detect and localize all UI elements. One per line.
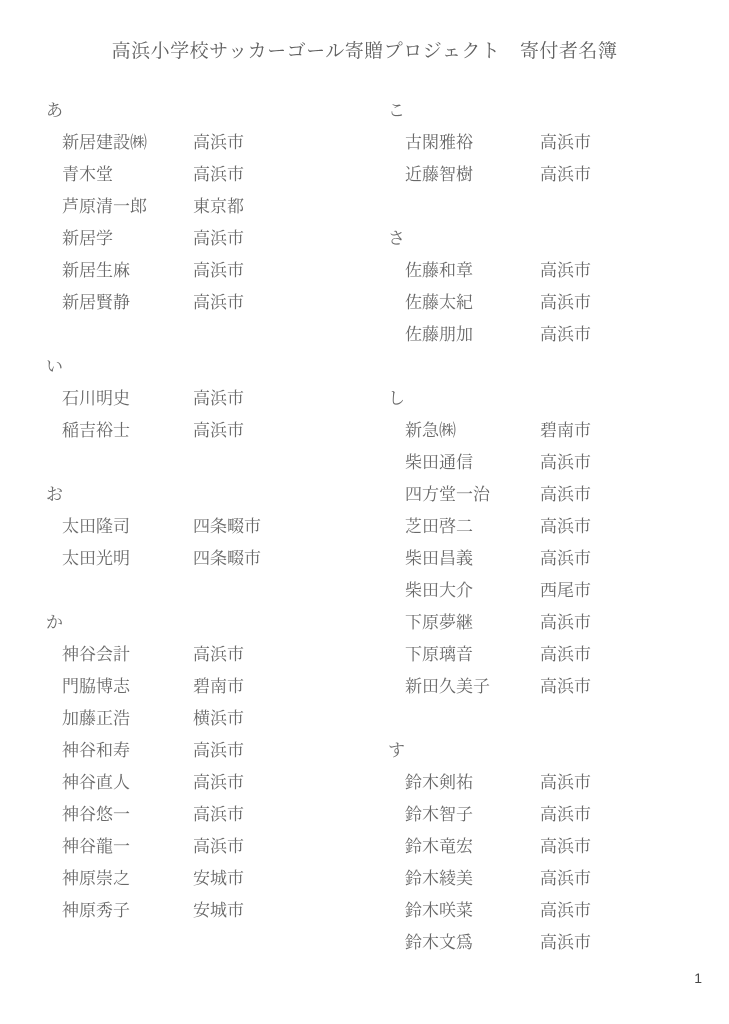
donor-city: 高浜市	[540, 607, 591, 639]
donor-city: 高浜市	[540, 159, 591, 191]
donor-row: 鈴木文爲高浜市	[388, 927, 718, 959]
donor-name: 芦原清一郎	[62, 191, 193, 223]
donor-city: 高浜市	[540, 927, 591, 959]
section-header-row: い	[46, 351, 376, 383]
donor-city: 四条畷市	[193, 511, 261, 543]
donor-name: 神谷直人	[62, 767, 193, 799]
donor-name: 新居賢静	[62, 287, 193, 319]
donor-row: 新居学高浜市	[46, 223, 376, 255]
donor-city: 高浜市	[193, 127, 244, 159]
section-header-row: あ	[46, 95, 376, 127]
donor-city: 高浜市	[540, 767, 591, 799]
page-number: 1	[694, 970, 702, 986]
donor-name: 近藤智樹	[405, 159, 540, 191]
section-header-row: し	[388, 383, 718, 415]
donor-row: 近藤智樹高浜市	[388, 159, 718, 191]
donor-row: 佐藤和章高浜市	[388, 255, 718, 287]
donor-city: 四条畷市	[193, 543, 261, 575]
page-title: 高浜小学校サッカーゴール寄贈プロジェクト 寄付者名簿	[0, 36, 729, 63]
donor-name: 門脇博志	[62, 671, 193, 703]
donor-city: 高浜市	[540, 671, 591, 703]
donor-name: 四方堂一治	[405, 479, 540, 511]
section-spacer	[388, 351, 718, 383]
donor-name: 青木堂	[62, 159, 193, 191]
section-header-row: す	[388, 735, 718, 767]
section-kana: こ	[388, 95, 405, 127]
donor-row: 神谷龍一高浜市	[46, 831, 376, 863]
donor-row: 芦原清一郎東京都	[46, 191, 376, 223]
section-kana: さ	[388, 223, 405, 255]
donor-row: 石川明史高浜市	[46, 383, 376, 415]
donor-city: 横浜市	[193, 703, 244, 735]
donor-row: 門脇博志碧南市	[46, 671, 376, 703]
donor-city: 安城市	[193, 895, 244, 927]
donor-city: 高浜市	[540, 447, 591, 479]
donor-name: 神谷龍一	[62, 831, 193, 863]
donor-city: 高浜市	[540, 127, 591, 159]
donor-row: 下原璃音高浜市	[388, 639, 718, 671]
donor-row: 鈴木綾美高浜市	[388, 863, 718, 895]
donor-name: 神谷悠一	[62, 799, 193, 831]
document-page: 高浜小学校サッカーゴール寄贈プロジェクト 寄付者名簿 あ新居建設㈱高浜市青木堂高…	[0, 0, 729, 1024]
donor-name: 加藤正浩	[62, 703, 193, 735]
donor-row: 神谷悠一高浜市	[46, 799, 376, 831]
donor-city: 高浜市	[540, 511, 591, 543]
donor-city: 高浜市	[193, 287, 244, 319]
donor-row: 新田久美子高浜市	[388, 671, 718, 703]
donor-row: 鈴木智子高浜市	[388, 799, 718, 831]
donor-row: 新居建設㈱高浜市	[46, 127, 376, 159]
donor-row: 神谷和寿高浜市	[46, 735, 376, 767]
donor-row: 鈴木咲菜高浜市	[388, 895, 718, 927]
donor-name: 稲吉裕士	[62, 415, 193, 447]
section-spacer	[46, 447, 376, 479]
donor-row: 佐藤太紀高浜市	[388, 287, 718, 319]
donor-name: 太田隆司	[62, 511, 193, 543]
donor-city: 高浜市	[193, 223, 244, 255]
section-header-row: さ	[388, 223, 718, 255]
donor-row: 神原崇之安城市	[46, 863, 376, 895]
donor-name: 佐藤太紀	[405, 287, 540, 319]
donor-row: 下原夢継高浜市	[388, 607, 718, 639]
donor-row: 稲吉裕士高浜市	[46, 415, 376, 447]
donor-name: 柴田昌義	[405, 543, 540, 575]
donor-row: 新急㈱碧南市	[388, 415, 718, 447]
donor-name: 鈴木文爲	[405, 927, 540, 959]
donor-row: 佐藤朋加高浜市	[388, 319, 718, 351]
donor-city: 高浜市	[540, 287, 591, 319]
donor-name: 神原崇之	[62, 863, 193, 895]
donor-name: 柴田大介	[405, 575, 540, 607]
donor-city: 高浜市	[193, 255, 244, 287]
donor-name: 古閑雅裕	[405, 127, 540, 159]
donor-city: 高浜市	[193, 831, 244, 863]
donor-city: 高浜市	[193, 735, 244, 767]
donor-city: 安城市	[193, 863, 244, 895]
donor-row: 柴田昌義高浜市	[388, 543, 718, 575]
donor-row: 古閑雅裕高浜市	[388, 127, 718, 159]
donor-name: 神谷和寿	[62, 735, 193, 767]
donor-city: 高浜市	[540, 895, 591, 927]
donor-name: 鈴木剣祐	[405, 767, 540, 799]
donor-name: 鈴木咲菜	[405, 895, 540, 927]
donor-name: 新居学	[62, 223, 193, 255]
donor-name: 柴田通信	[405, 447, 540, 479]
donor-name: 芝田啓二	[405, 511, 540, 543]
donor-name: 石川明史	[62, 383, 193, 415]
section-spacer	[388, 191, 718, 223]
donor-row: 新居賢静高浜市	[46, 287, 376, 319]
section-kana: か	[46, 607, 63, 639]
donor-column-right: こ古閑雅裕高浜市近藤智樹高浜市さ佐藤和章高浜市佐藤太紀高浜市佐藤朋加高浜市し新急…	[388, 95, 718, 959]
donor-row: 神谷直人高浜市	[46, 767, 376, 799]
donor-city: 高浜市	[540, 255, 591, 287]
donor-city: 碧南市	[193, 671, 244, 703]
donor-name: 佐藤和章	[405, 255, 540, 287]
donor-row: 太田隆司四条畷市	[46, 511, 376, 543]
section-kana: し	[388, 383, 405, 415]
section-header-row: こ	[388, 95, 718, 127]
donor-column-left: あ新居建設㈱高浜市青木堂高浜市芦原清一郎東京都新居学高浜市新居生麻高浜市新居賢静…	[46, 95, 376, 927]
donor-city: 高浜市	[540, 799, 591, 831]
donor-row: 新居生麻高浜市	[46, 255, 376, 287]
donor-name: 新急㈱	[405, 415, 540, 447]
donor-city: 高浜市	[193, 639, 244, 671]
donor-city: 高浜市	[540, 639, 591, 671]
donor-name: 鈴木智子	[405, 799, 540, 831]
donor-city: 高浜市	[193, 159, 244, 191]
donor-city: 碧南市	[540, 415, 591, 447]
donor-city: 高浜市	[193, 799, 244, 831]
donor-city: 高浜市	[193, 415, 244, 447]
donor-row: 青木堂高浜市	[46, 159, 376, 191]
donor-name: 鈴木綾美	[405, 863, 540, 895]
donor-city: 高浜市	[540, 543, 591, 575]
donor-name: 下原夢継	[405, 607, 540, 639]
donor-row: 柴田通信高浜市	[388, 447, 718, 479]
donor-city: 西尾市	[540, 575, 591, 607]
section-header-row: か	[46, 607, 376, 639]
donor-name: 鈴木竜宏	[405, 831, 540, 863]
donor-city: 高浜市	[540, 319, 591, 351]
donor-city: 高浜市	[540, 479, 591, 511]
donor-row: 柴田大介西尾市	[388, 575, 718, 607]
donor-name: 佐藤朋加	[405, 319, 540, 351]
donor-name: 神原秀子	[62, 895, 193, 927]
donor-row: 神谷会計高浜市	[46, 639, 376, 671]
section-spacer	[46, 319, 376, 351]
donor-city: 東京都	[193, 191, 244, 223]
donor-name: 新居生麻	[62, 255, 193, 287]
donor-row: 鈴木竜宏高浜市	[388, 831, 718, 863]
section-kana: い	[46, 351, 63, 383]
donor-name: 新居建設㈱	[62, 127, 193, 159]
donor-city: 高浜市	[193, 767, 244, 799]
section-kana: す	[388, 735, 405, 767]
donor-name: 新田久美子	[405, 671, 540, 703]
section-header-row: お	[46, 479, 376, 511]
donor-row: 神原秀子安城市	[46, 895, 376, 927]
donor-name: 太田光明	[62, 543, 193, 575]
donor-row: 鈴木剣祐高浜市	[388, 767, 718, 799]
donor-row: 四方堂一治高浜市	[388, 479, 718, 511]
donor-city: 高浜市	[540, 863, 591, 895]
donor-city: 高浜市	[540, 831, 591, 863]
donor-name: 神谷会計	[62, 639, 193, 671]
section-kana: あ	[46, 95, 63, 127]
section-spacer	[46, 575, 376, 607]
section-kana: お	[46, 479, 63, 511]
donor-name: 下原璃音	[405, 639, 540, 671]
donor-row: 加藤正浩横浜市	[46, 703, 376, 735]
donor-row: 芝田啓二高浜市	[388, 511, 718, 543]
donor-city: 高浜市	[193, 383, 244, 415]
section-spacer	[388, 703, 718, 735]
donor-row: 太田光明四条畷市	[46, 543, 376, 575]
